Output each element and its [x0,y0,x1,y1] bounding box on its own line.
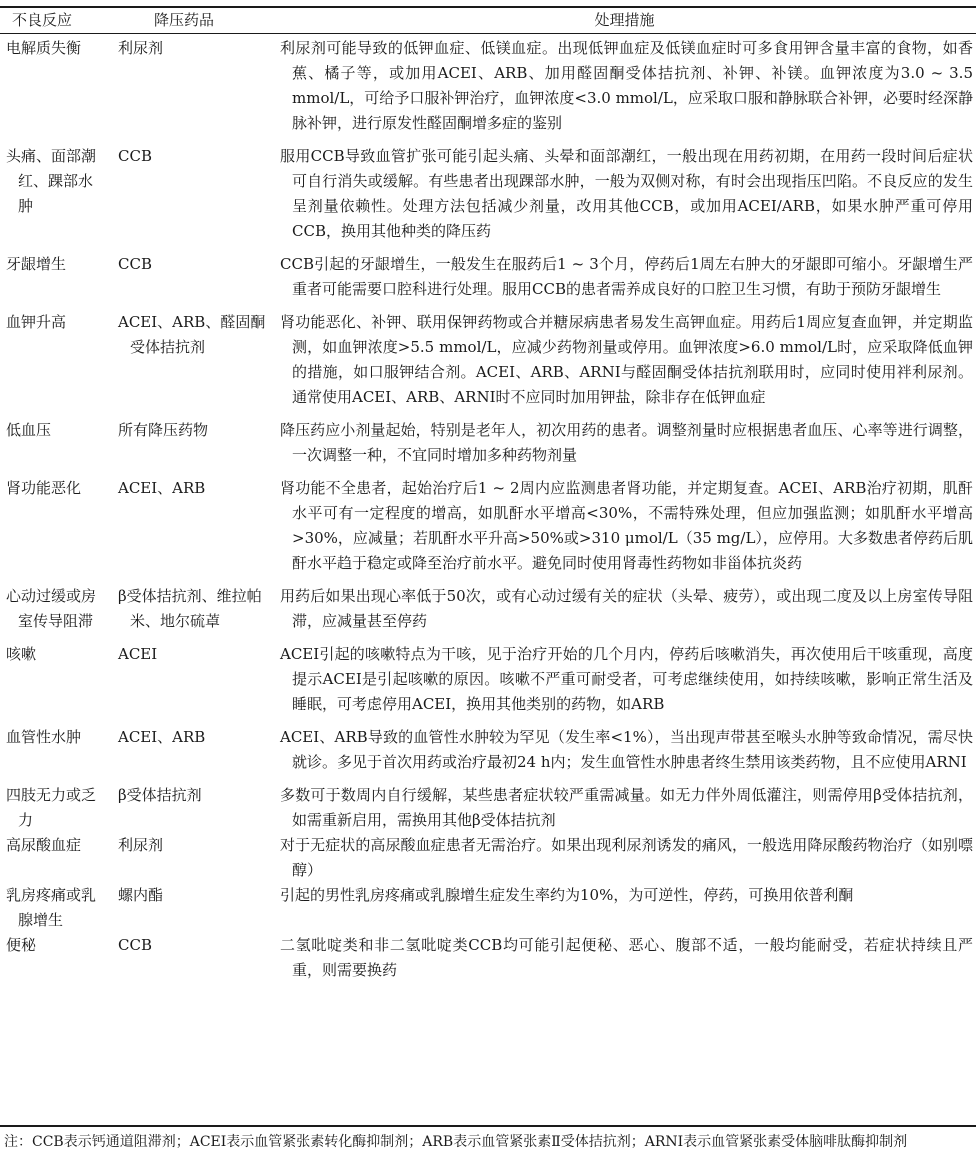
treatment-cell: CCB引起的牙龈增生，一般发生在服药后1 ~ 3个月，停药后1周左右肿大的牙龈即… [280,252,973,302]
reaction-cell: 高尿酸血症 [6,833,106,858]
drug-cell: CCB [118,933,271,958]
table-row: 牙龈增生 CCB CCB引起的牙龈增生，一般发生在服药后1 ~ 3个月，停药后1… [0,252,976,310]
table-row: 电解质失衡 利尿剂 利尿剂可能导致的低钾血症、低镁血症。出现低钾血症及低镁血症时… [0,33,976,144]
reaction-cell: 便秘 [6,933,106,958]
reaction-cell: 咳嗽 [6,642,106,667]
drug-cell: 所有降压药物 [118,418,271,443]
drug-cell: ACEI、ARB [118,725,271,750]
reaction-cell: 血钾升高 [6,310,106,335]
header-reaction: 不良反应 [0,8,110,33]
treatment-cell: ACEI引起的咳嗽特点为干咳，见于治疗开始的几个月内，停药后咳嗽消失，再次使用后… [280,642,973,717]
reaction-cell: 肾功能恶化 [6,476,106,501]
treatment-cell: 肾功能不全患者，起始治疗后1 ~ 2周内应监测患者肾功能，并定期复查。ACEI、… [280,476,973,576]
drug-cell: 利尿剂 [118,833,271,858]
treatment-cell: 多数可于数周内自行缓解，某些患者症状较严重需减量。如无力伴外周低灌注，则需停用β… [280,783,973,833]
reaction-cell: 低血压 [6,418,106,443]
drug-cell: 利尿剂 [118,36,271,61]
drug-cell: ACEI、ARB、醛固酮受体拮抗剂 [118,310,271,360]
table-row: 血钾升高 ACEI、ARB、醛固酮受体拮抗剂 肾功能恶化、补钾、联用保钾药物或合… [0,310,976,418]
table-row: 心动过缓或房室传导阻滞 β受体拮抗剂、维拉帕米、地尔硫䓬 用药后如果出现心率低于… [0,584,976,642]
reaction-cell: 四肢无力或乏力 [6,783,106,833]
header-drug: 降压药品 [110,8,273,33]
reaction-cell: 牙龈增生 [6,252,106,277]
drug-cell: β受体拮抗剂 [118,783,271,808]
header-treatment: 处理措施 [273,8,976,33]
treatment-cell: 降压药应小剂量起始，特别是老年人，初次用药的患者。调整剂量时应根据患者血压、心率… [280,418,973,468]
treatment-cell: ACEI、ARB导致的血管性水肿较为罕见（发生率<1%），当出现声带甚至喉头水肿… [280,725,973,775]
table-row: 乳房疼痛或乳腺增生 螺内酯 引起的男性乳房疼痛或乳腺增生症发生率约为10%，为可… [0,883,976,933]
drug-cell: CCB [118,144,271,169]
table-footnote: 注：CCB表示钙通道阻滞剂；ACEI表示血管紧张素转化酶抑制剂；ARB表示血管紧… [4,1130,976,1154]
table-header-row: 不良反应 降压药品 处理措施 [0,8,976,33]
treatment-cell: 肾功能恶化、补钾、联用保钾药物或合并糖尿病患者易发生高钾血症。用药后1周应复查血… [280,310,973,410]
table-row: 血管性水肿 ACEI、ARB ACEI、ARB导致的血管性水肿较为罕见（发生率<… [0,725,976,783]
drug-cell: 螺内酯 [118,883,271,908]
drug-cell: ACEI、ARB [118,476,271,501]
reaction-cell: 血管性水肿 [6,725,106,750]
table-row: 便秘 CCB 二氢吡啶类和非二氢吡啶类CCB均可能引起便秘、恶心、腹部不适，一般… [0,933,976,983]
table-bottom-rule [0,1125,976,1127]
reaction-cell: 乳房疼痛或乳腺增生 [6,883,106,933]
treatment-cell: 对于无症状的高尿酸血症患者无需治疗。如果出现利尿剂诱发的痛风，一般选用降尿酸药物… [280,833,973,883]
reaction-cell: 电解质失衡 [6,36,106,61]
document-page: 不良反应 降压药品 处理措施 电解质失衡 利尿剂 利尿剂可能导致的低钾血症、低镁… [0,0,976,1163]
reaction-cell: 心动过缓或房室传导阻滞 [6,584,106,634]
table-row: 肾功能恶化 ACEI、ARB 肾功能不全患者，起始治疗后1 ~ 2周内应监测患者… [0,476,976,584]
reaction-cell: 头痛、面部潮红、踝部水肿 [6,144,106,219]
treatment-cell: 用药后如果出现心率低于50次，或有心动过缓有关的症状（头晕、疲劳），或出现二度及… [280,584,973,634]
table-row: 咳嗽 ACEI ACEI引起的咳嗽特点为干咳，见于治疗开始的几个月内，停药后咳嗽… [0,642,976,725]
treatment-cell: 服用CCB导致血管扩张可能引起头痛、头晕和面部潮红，一般出现在用药初期，在用药一… [280,144,973,244]
table-row: 头痛、面部潮红、踝部水肿 CCB 服用CCB导致血管扩张可能引起头痛、头晕和面部… [0,144,976,252]
treatment-cell: 引起的男性乳房疼痛或乳腺增生症发生率约为10%，为可逆性，停药，可换用依普利酮 [280,883,973,908]
drug-cell: ACEI [118,642,271,667]
treatment-cell: 二氢吡啶类和非二氢吡啶类CCB均可能引起便秘、恶心、腹部不适，一般均能耐受，若症… [280,933,973,983]
table-row: 低血压 所有降压药物 降压药应小剂量起始，特别是老年人，初次用药的患者。调整剂量… [0,418,976,476]
treatment-cell: 利尿剂可能导致的低钾血症、低镁血症。出现低钾血症及低镁血症时可多食用钾含量丰富的… [280,36,973,136]
table-row: 四肢无力或乏力 β受体拮抗剂 多数可于数周内自行缓解，某些患者症状较严重需减量。… [0,783,976,833]
drug-cell: β受体拮抗剂、维拉帕米、地尔硫䓬 [118,584,271,634]
drug-cell: CCB [118,252,271,277]
adverse-reaction-table: 不良反应 降压药品 处理措施 电解质失衡 利尿剂 利尿剂可能导致的低钾血症、低镁… [0,8,976,983]
table-row: 高尿酸血症 利尿剂 对于无症状的高尿酸血症患者无需治疗。如果出现利尿剂诱发的痛风… [0,833,976,883]
